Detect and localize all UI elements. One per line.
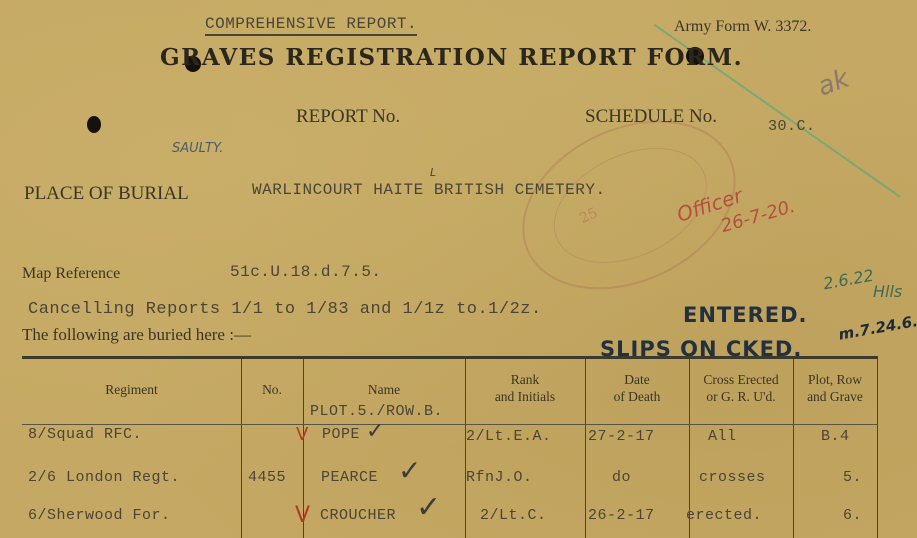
green-initials: Hlls xyxy=(873,282,902,301)
regiment-cell: 2/6 London Regt. xyxy=(28,469,180,486)
header-no: No. xyxy=(241,381,303,398)
check-icon: ✓ xyxy=(416,490,441,525)
table-top-rule xyxy=(22,356,878,359)
punch-hole-margin xyxy=(87,116,101,133)
header-regiment: Regiment xyxy=(22,381,241,398)
regiment-cell: 8/Squad RFC. xyxy=(28,426,142,443)
cancelling-reports-note: Cancelling Reports 1/1 to 1/83 and 1/1z … xyxy=(28,300,542,319)
map-reference-value: 51c.U.18.d.7.5. xyxy=(230,263,382,281)
cross-cell: erected. xyxy=(686,507,762,524)
check-icon: ✓ xyxy=(366,419,384,444)
buried-here-label: The following are buried here :— xyxy=(22,325,251,345)
name-cell: PEARCE xyxy=(321,469,378,486)
entered-stamp: ENTERED. xyxy=(683,303,808,327)
form-title: GRAVES REGISTRATION REPORT FORM. xyxy=(160,44,743,71)
schedule-no-value: 30.C. xyxy=(768,118,816,135)
red-tick-icon: V xyxy=(296,424,308,445)
grave-cell: 5. xyxy=(843,469,862,486)
regiment-cell: 6/Sherwood For. xyxy=(28,507,171,524)
header-date: Date of Death xyxy=(585,371,689,405)
date-cell: 27-2-17 xyxy=(588,428,655,445)
header-grave: Plot, Row and Grave xyxy=(793,371,877,405)
comprehensive-report-heading: COMPREHENSIVE REPORT. xyxy=(205,15,417,36)
army-form-number: Army Form W. 3372. xyxy=(674,18,811,36)
header-cross: Cross Erected or G. R. U'd. xyxy=(689,371,793,405)
place-correction-mark: L xyxy=(430,166,436,179)
map-reference-label: Map Reference xyxy=(22,265,120,283)
date-cell: 26-2-17 xyxy=(588,507,655,524)
report-no-label: REPORT No. xyxy=(296,106,400,128)
header-rank: Rank and Initials xyxy=(465,371,585,405)
header-name: Name xyxy=(303,381,465,398)
rank-cell: RfnJ.O. xyxy=(466,469,533,486)
rank-cell: 2/Lt.E.A. xyxy=(466,428,552,445)
plot-row-note: PLOT.5./ROW.B. xyxy=(310,403,443,420)
number-cell: 4455 xyxy=(248,469,286,486)
place-of-burial-value: WARLINCOURT HAITE BRITISH CEMETERY. xyxy=(252,181,606,199)
check-icon: ✓ xyxy=(398,454,421,487)
green-date: 2.6.22 xyxy=(822,266,875,294)
name-cell: CROUCHER xyxy=(320,507,396,524)
cross-cell: All xyxy=(708,428,737,445)
place-of-burial-label: PLACE OF BURIAL xyxy=(24,183,189,205)
grave-cell: 6. xyxy=(843,507,862,524)
rank-cell: 2/Lt.C. xyxy=(480,507,547,524)
pencil-initials: ak xyxy=(814,64,853,103)
date-cell: do xyxy=(612,469,631,486)
cross-cell: crosses xyxy=(699,469,766,486)
name-cell: POPE xyxy=(322,426,360,443)
stamped-date: m.7.24.6.2 xyxy=(837,310,917,343)
grave-cell: B.4 xyxy=(821,428,850,445)
handwritten-place-note: SAULTY. xyxy=(172,141,223,156)
red-tick-icon: V xyxy=(295,503,310,528)
schedule-no-label: SCHEDULE No. xyxy=(585,106,717,128)
